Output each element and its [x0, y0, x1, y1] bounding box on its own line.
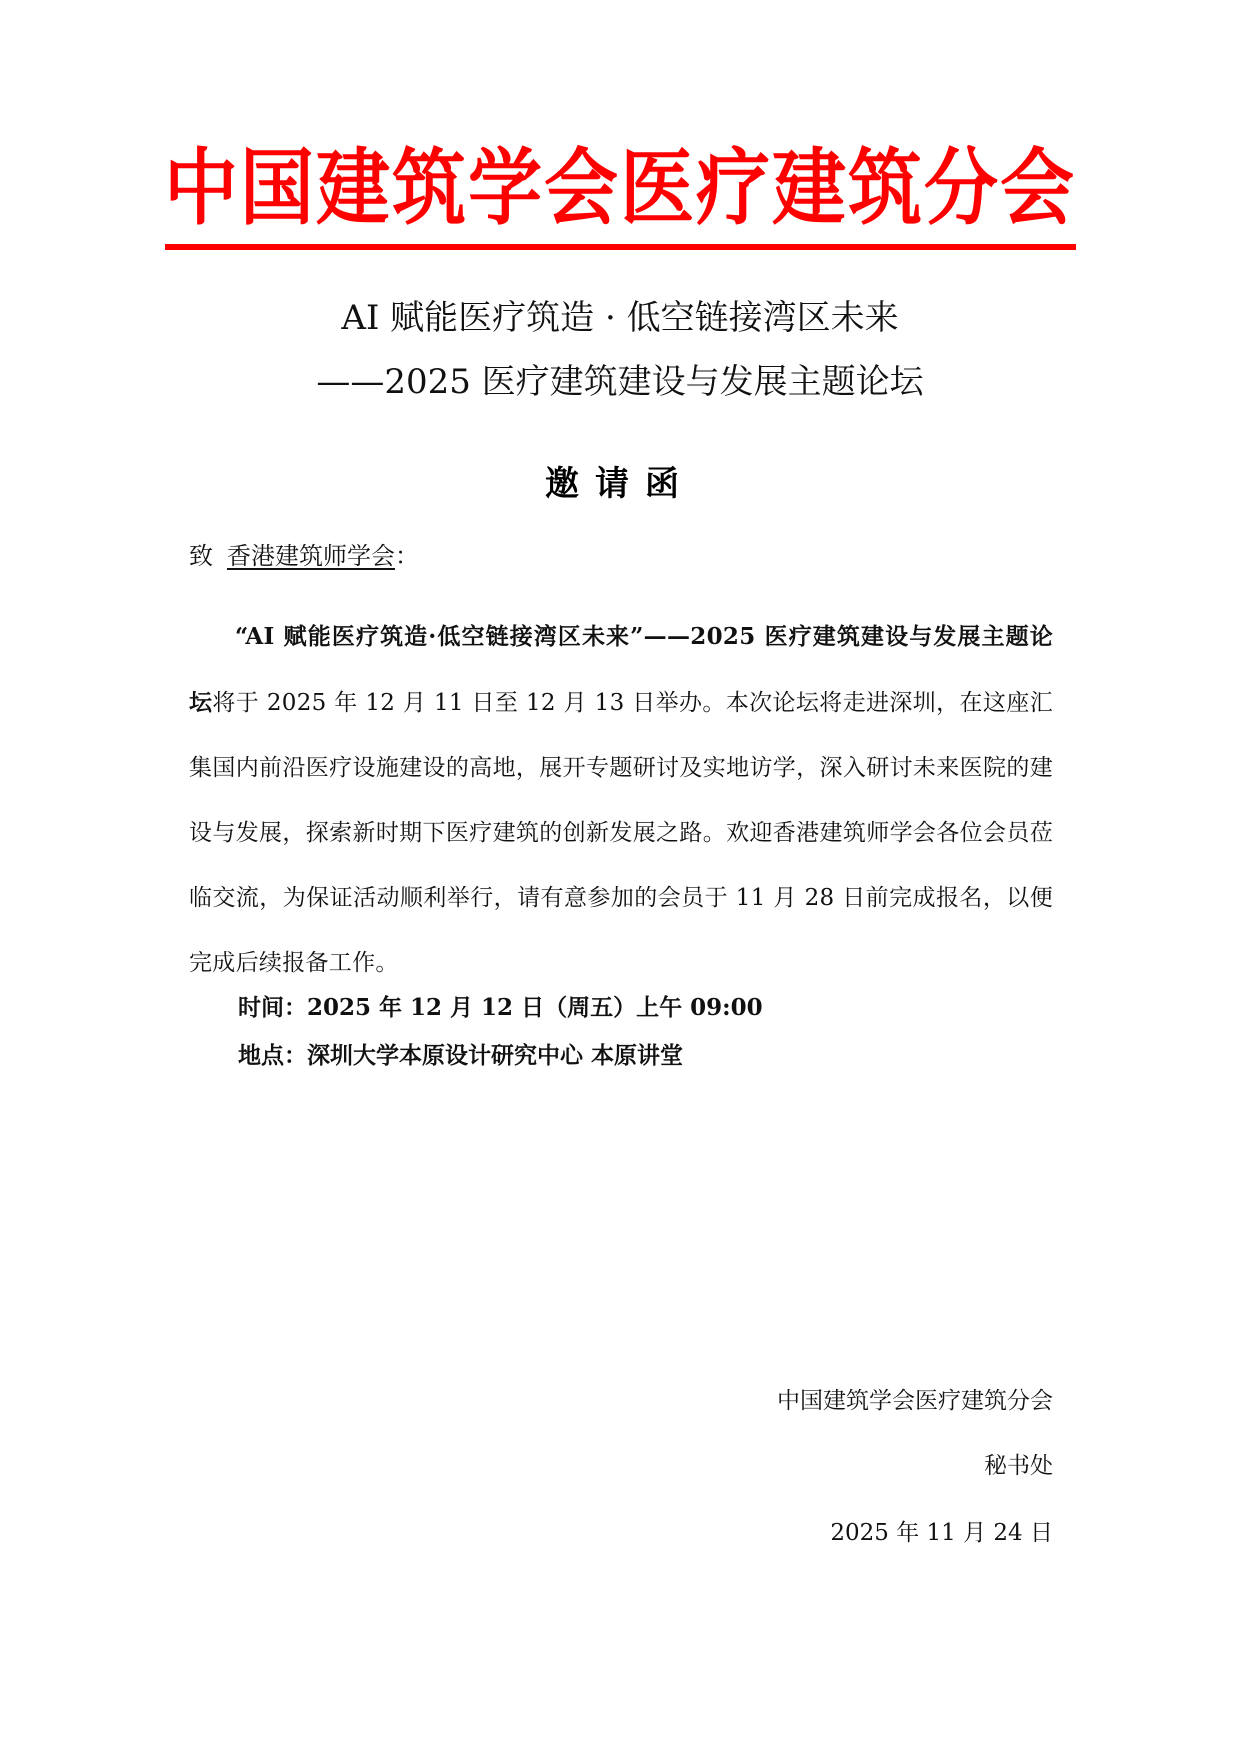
addressee-colon: ：	[395, 542, 419, 570]
document-title: 邀请函	[180, 464, 1060, 504]
event-time: 时间：2025 年 12 月 12 日（周五）上午 09:00	[238, 992, 763, 1024]
event-place: 地点：深圳大学本原设计研究中心 本原讲堂	[238, 1040, 683, 1072]
signature-date: 2025 年 11 月 24 日	[830, 1517, 1053, 1549]
invitation-body-text: 将于 2025 年 12 月 11 日至 12 月 13 日举办。本次论坛将走进…	[189, 690, 1053, 976]
addressee-to-label: 致	[189, 542, 213, 570]
forum-title-line-2: ——2025 医疗建筑建设与发展主题论坛	[180, 362, 1060, 402]
forum-title-line-1: AI 赋能医疗筑造 · 低空链接湾区未来	[180, 298, 1060, 338]
letterhead-title: 中国建筑学会医疗建筑分会	[160, 138, 1080, 239]
letterhead-red-rule	[165, 244, 1076, 250]
signature-department: 秘书处	[984, 1450, 1053, 1482]
invitation-body-paragraph: “AI 赋能医疗筑造·低空链接湾区未来”——2025 医疗建筑建设与发展主题论坛…	[189, 604, 1053, 996]
addressee-line: 致香港建筑师学会：	[189, 540, 419, 572]
addressee-organization: 香港建筑师学会	[227, 542, 395, 570]
invitation-letter-page: 中国建筑学会医疗建筑分会 AI 赋能医疗筑造 · 低空链接湾区未来 ——2025…	[0, 0, 1241, 1754]
signature-organization: 中国建筑学会医疗建筑分会	[777, 1385, 1053, 1417]
